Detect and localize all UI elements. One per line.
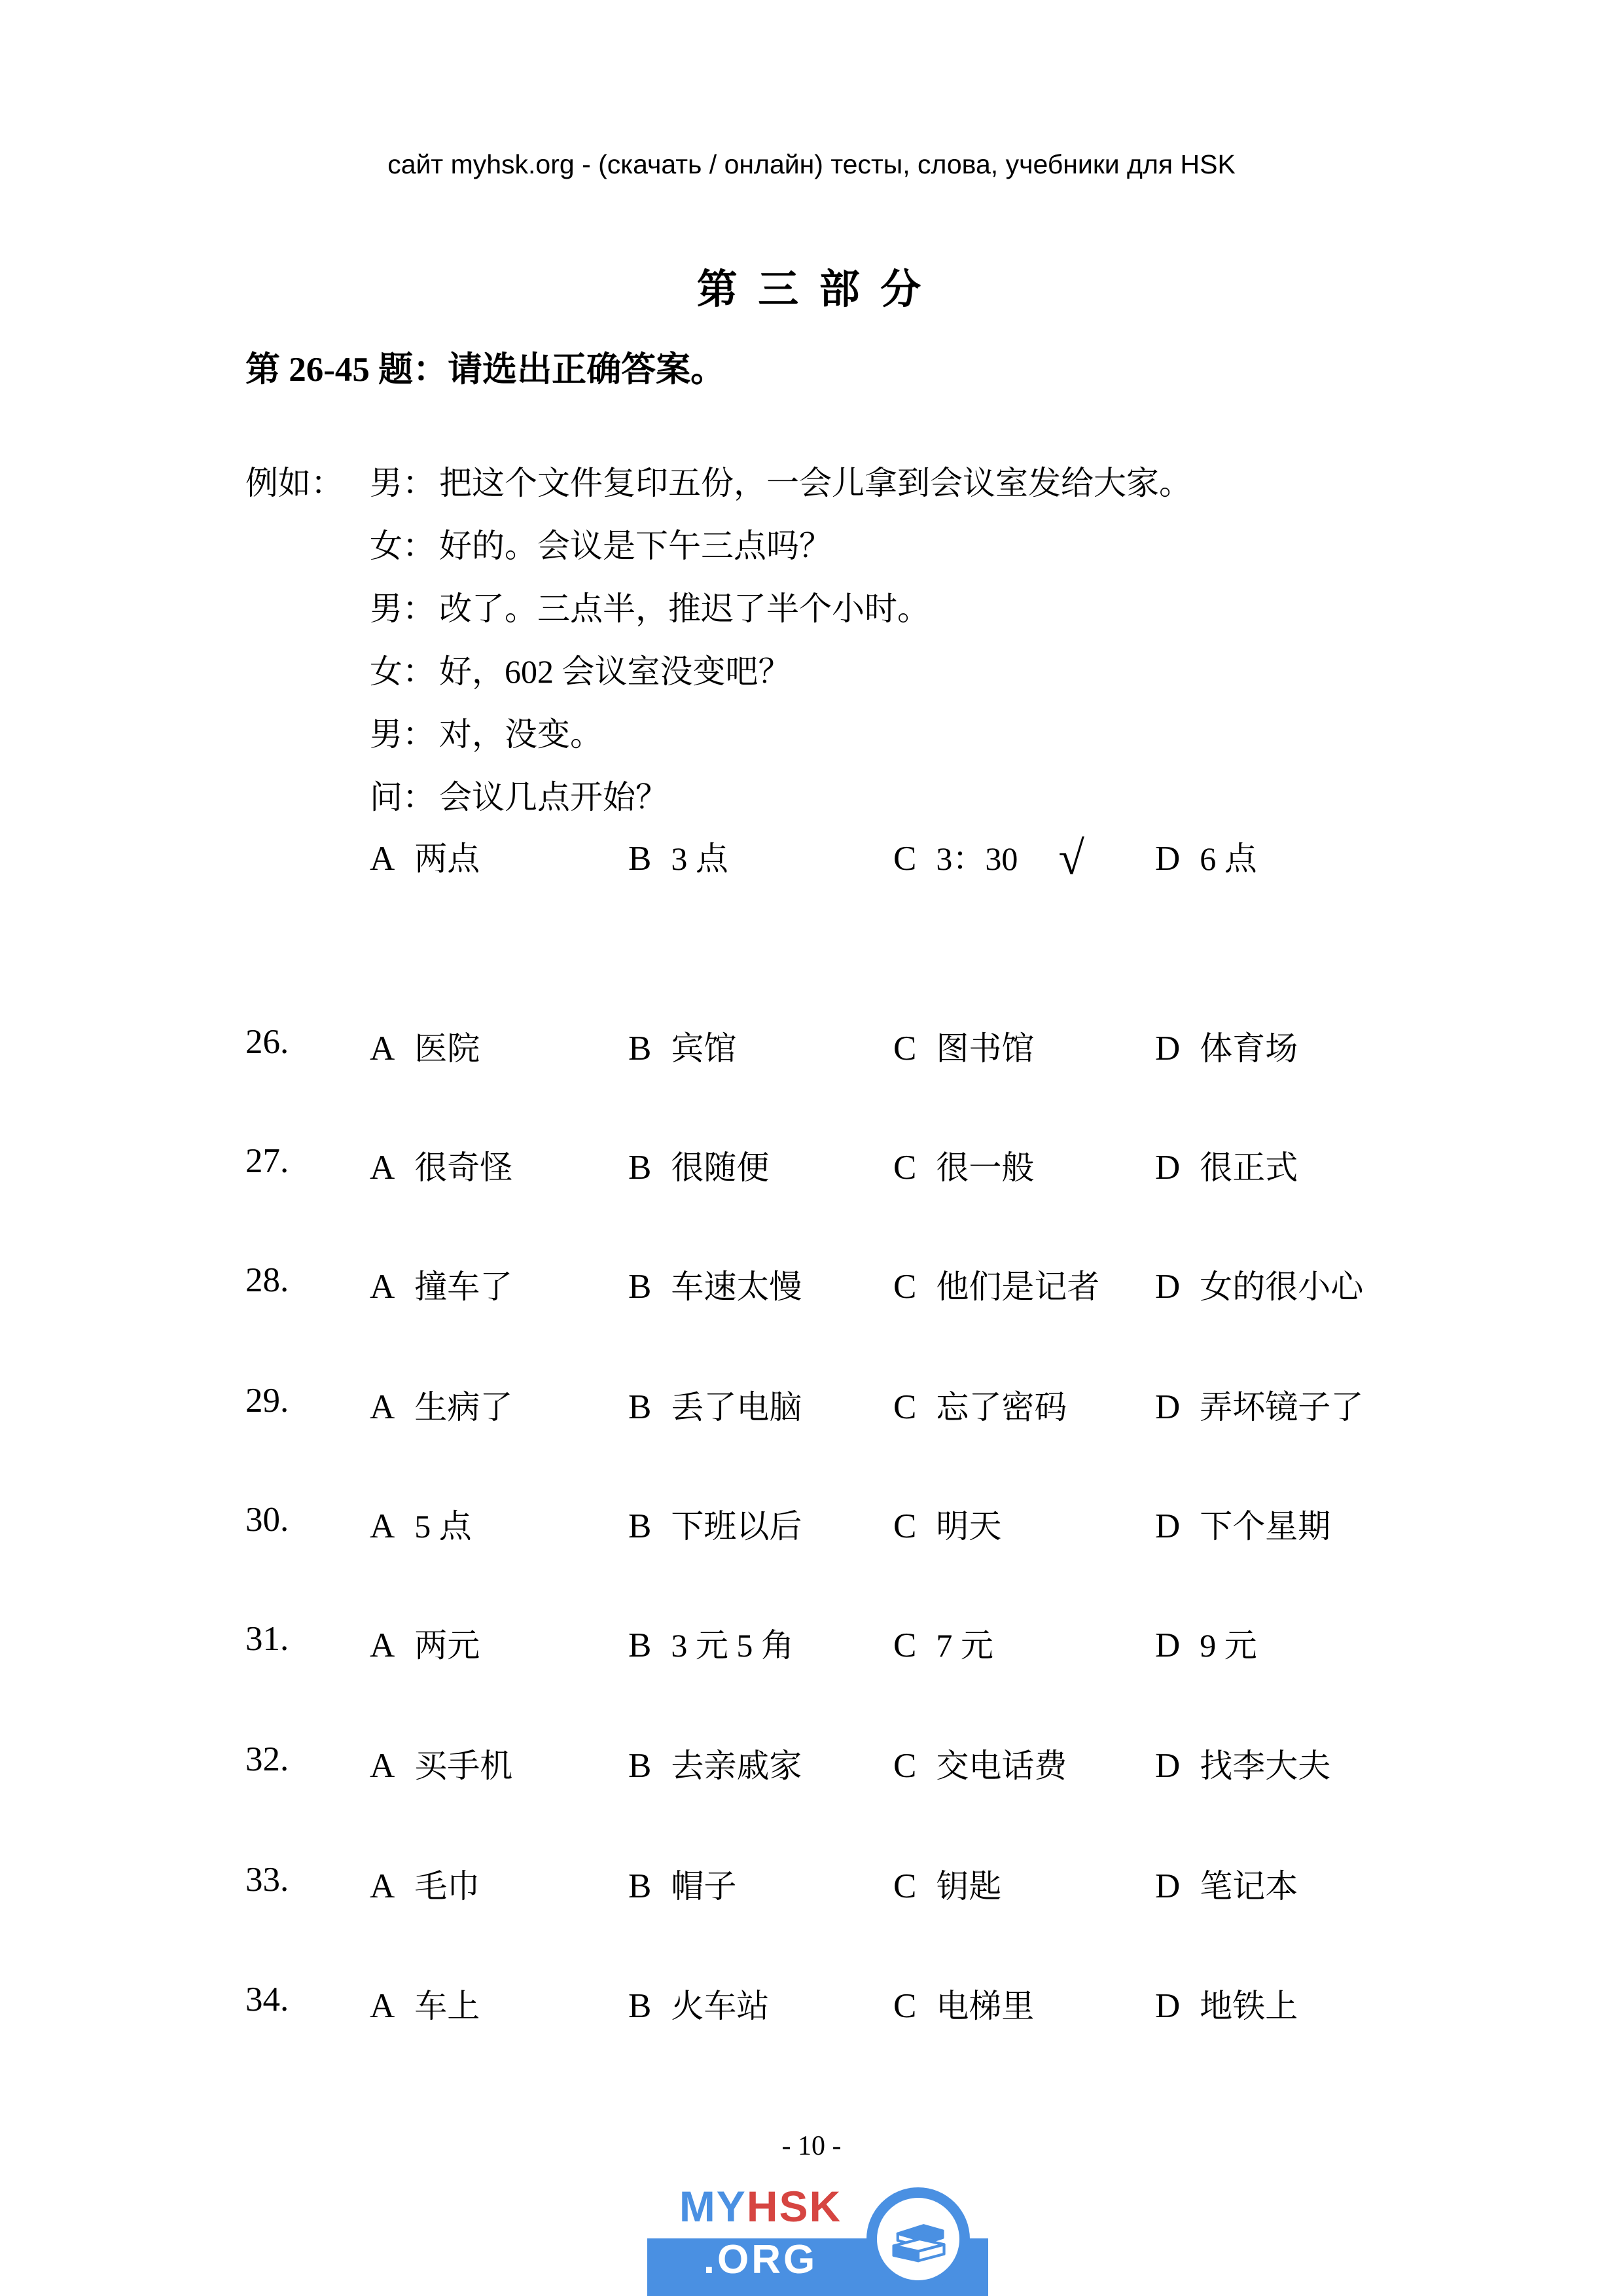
option-a: A生病了 bbox=[370, 1381, 512, 1428]
option-c: C电梯里 bbox=[893, 1980, 1034, 2027]
option-d: D9 元 bbox=[1155, 1619, 1257, 1666]
example-option-c: C3：30√ bbox=[893, 833, 1084, 880]
speaker-label: 问： bbox=[370, 771, 435, 818]
option-d: D找李大夫 bbox=[1155, 1740, 1330, 1787]
dialogue-line: 问：会议几点开始？ bbox=[370, 771, 668, 818]
option-a: A撞车了 bbox=[370, 1261, 512, 1308]
speaker-label: 男： bbox=[370, 583, 435, 630]
dialogue-line: 女：好，602 会议室没变吧？ bbox=[370, 645, 791, 692]
question-number: 34. bbox=[245, 1980, 289, 2019]
books-icon bbox=[877, 2198, 959, 2280]
option-d: D女的很小心 bbox=[1155, 1261, 1363, 1308]
option-c: C忘了密码 bbox=[893, 1381, 1067, 1428]
option-c: C他们是记者 bbox=[893, 1261, 1099, 1308]
option-a: A毛巾 bbox=[370, 1860, 480, 1907]
option-a: A车上 bbox=[370, 1980, 480, 2027]
dialogue-text: 对，没变。 bbox=[439, 716, 603, 753]
question-row-29: 29. A生病了 B丢了电脑 C忘了密码 D弄坏镜子了 bbox=[0, 1381, 1623, 1427]
speaker-label: 男： bbox=[370, 457, 435, 504]
dialogue-text: 改了。三点半，推迟了半个小时。 bbox=[439, 590, 930, 627]
dialogue-line: 男：对，没变。 bbox=[370, 708, 603, 755]
option-b: B下班以后 bbox=[628, 1500, 802, 1547]
site-header: сайт myhsk.org - (скачать / онлайн) тест… bbox=[0, 149, 1623, 180]
section-instruction: 第 26-45 题：请选出正确答案。 bbox=[245, 342, 725, 391]
question-row-34: 34. A车上 B火车站 C电梯里 D地铁上 bbox=[0, 1980, 1623, 2026]
option-a: A很奇怪 bbox=[370, 1141, 512, 1189]
question-row-28: 28. A撞车了 B车速太慢 C他们是记者 D女的很小心 bbox=[0, 1261, 1623, 1306]
speaker-label: 男： bbox=[370, 708, 435, 755]
option-a: A两元 bbox=[370, 1619, 480, 1666]
dialogue-line: 例如：男：把这个文件复印五份，一会儿拿到会议室发给大家。 bbox=[245, 457, 1192, 504]
option-c: C钥匙 bbox=[893, 1860, 1001, 1907]
section-title: 第 三 部 分 bbox=[0, 257, 1623, 315]
dialogue-text: 把这个文件复印五份，一会儿拿到会议室发给大家。 bbox=[439, 465, 1192, 501]
option-d: D笔记本 bbox=[1155, 1860, 1298, 1907]
logo-circle bbox=[866, 2187, 970, 2291]
question-row-31: 31. A两元 B3 元 5 角 C7 元 D9 元 bbox=[0, 1619, 1623, 1665]
option-c: C很一般 bbox=[893, 1141, 1034, 1189]
example-label: 例如： bbox=[245, 457, 370, 504]
dialogue-line: 男：改了。三点半，推迟了半个小时。 bbox=[370, 583, 930, 630]
example-options-row: A两点 B3 点 C3：30√ D6 点 bbox=[0, 833, 1623, 878]
option-b: B很随便 bbox=[628, 1141, 769, 1189]
option-d: D体育场 bbox=[1155, 1022, 1298, 1069]
question-number: 32. bbox=[245, 1740, 289, 1779]
checkmark-icon: √ bbox=[1058, 842, 1084, 874]
example-option-b: B3 点 bbox=[628, 833, 728, 880]
question-row-27: 27. A很奇怪 B很随便 C很一般 D很正式 bbox=[0, 1141, 1623, 1187]
question-number: 31. bbox=[245, 1619, 289, 1659]
dialogue-text: 好，602 会议室没变吧？ bbox=[439, 653, 791, 690]
option-d: D地铁上 bbox=[1155, 1980, 1298, 2027]
question-number: 28. bbox=[245, 1261, 289, 1300]
dialogue-text: 会议几点开始？ bbox=[439, 779, 668, 816]
question-row-30: 30. A5 点 B下班以后 C明天 D下个星期 bbox=[0, 1500, 1623, 1546]
option-b: B宾馆 bbox=[628, 1022, 736, 1069]
example-option-a: A两点 bbox=[370, 833, 480, 880]
myhsk-logo: MYHSK .ORG bbox=[647, 2185, 988, 2296]
speaker-label: 女： bbox=[370, 520, 435, 567]
question-number: 33. bbox=[245, 1860, 289, 1899]
question-number: 26. bbox=[245, 1022, 289, 1062]
option-c: C明天 bbox=[893, 1500, 1001, 1547]
option-b: B3 元 5 角 bbox=[628, 1619, 794, 1666]
page-number: - 10 - bbox=[0, 2130, 1623, 2162]
logo-text-org: .ORG bbox=[659, 2238, 862, 2282]
question-row-32: 32. A买手机 B去亲戚家 C交电话费 D找李大夫 bbox=[0, 1740, 1623, 1785]
option-d: D弄坏镜子了 bbox=[1155, 1381, 1363, 1428]
option-c: C7 元 bbox=[893, 1619, 993, 1666]
dialogue-line: 女：好的。会议是下午三点吗？ bbox=[370, 520, 832, 567]
dialogue-text: 好的。会议是下午三点吗？ bbox=[439, 528, 832, 564]
option-c: C图书馆 bbox=[893, 1022, 1034, 1069]
logo-wordmark: MYHSK .ORG bbox=[659, 2185, 862, 2282]
question-number: 27. bbox=[245, 1141, 289, 1181]
logo-text-hsk: HSK bbox=[747, 2182, 842, 2231]
question-number: 29. bbox=[245, 1381, 289, 1420]
question-row-33: 33. A毛巾 B帽子 C钥匙 D笔记本 bbox=[0, 1860, 1623, 1906]
option-b: B去亲戚家 bbox=[628, 1740, 802, 1787]
option-d: D下个星期 bbox=[1155, 1500, 1330, 1547]
speaker-label: 女： bbox=[370, 645, 435, 692]
option-d: D很正式 bbox=[1155, 1141, 1298, 1189]
option-b: B车速太慢 bbox=[628, 1261, 802, 1308]
exam-page: сайт myhsk.org - (скачать / онлайн) тест… bbox=[0, 0, 1623, 2296]
example-option-d: D6 点 bbox=[1155, 833, 1257, 880]
option-b: B丢了电脑 bbox=[628, 1381, 802, 1428]
option-b: B帽子 bbox=[628, 1860, 736, 1907]
option-a: A5 点 bbox=[370, 1500, 472, 1547]
option-b: B火车站 bbox=[628, 1980, 769, 2027]
question-row-26: 26. A医院 B宾馆 C图书馆 D体育场 bbox=[0, 1022, 1623, 1068]
option-a: A医院 bbox=[370, 1022, 480, 1069]
logo-text-my: MY bbox=[679, 2182, 747, 2231]
option-a: A买手机 bbox=[370, 1740, 512, 1787]
option-c: C交电话费 bbox=[893, 1740, 1067, 1787]
question-number: 30. bbox=[245, 1500, 289, 1539]
